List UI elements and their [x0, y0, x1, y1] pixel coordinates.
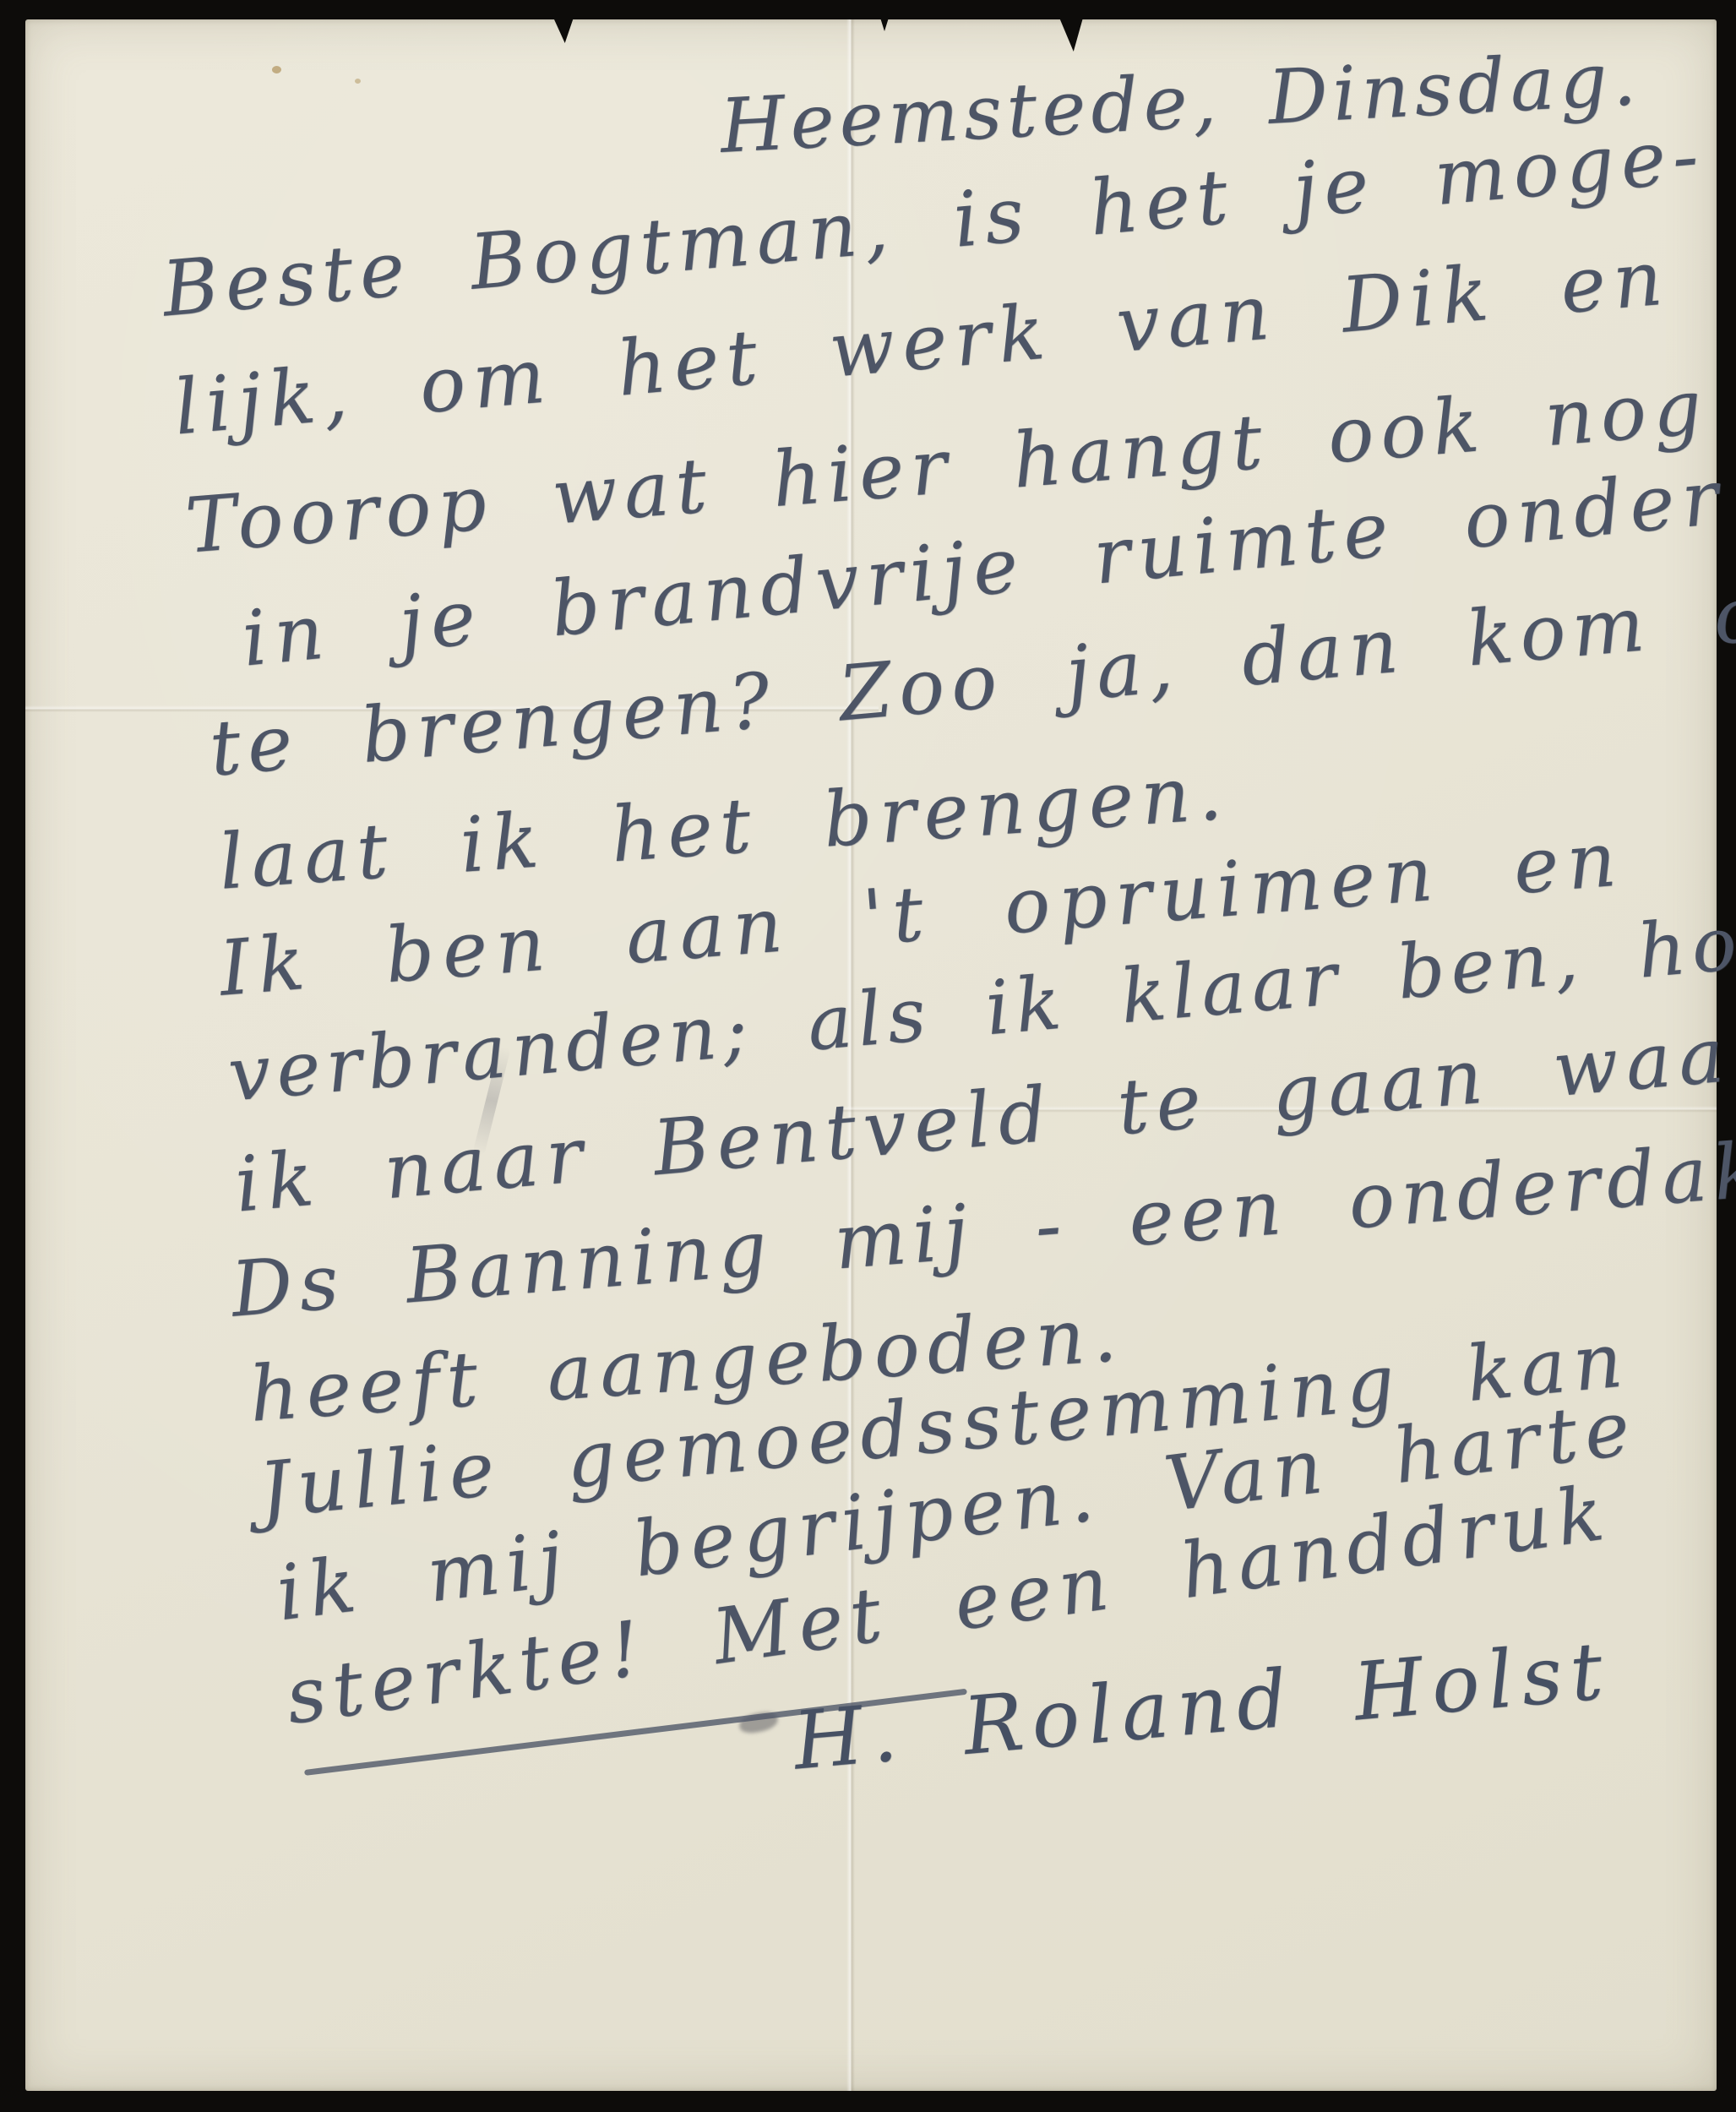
paper-notch [880, 18, 889, 31]
paper-notch [1059, 18, 1083, 52]
letter-paper: Heemstede, Dinsdag. Beste Bogtman, is he… [25, 19, 1717, 2091]
paper-notch [549, 18, 578, 43]
foxing-spot [355, 79, 361, 84]
letter-scan: Heemstede, Dinsdag. Beste Bogtman, is he… [0, 0, 1736, 2112]
foxing-spot [272, 66, 281, 73]
